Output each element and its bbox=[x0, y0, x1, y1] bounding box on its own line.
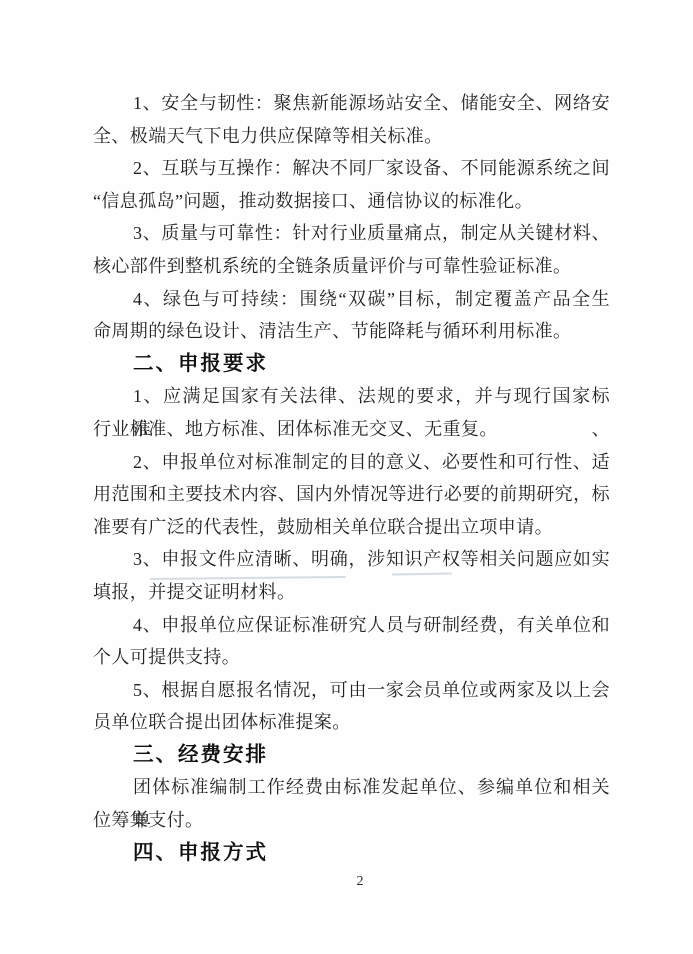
section-heading: 四、申报方式 bbox=[93, 837, 610, 870]
text-line: 核心部件到整机系统的全链条质量评价与可靠性验证标准。 bbox=[93, 250, 610, 283]
document-text-block: 1、安全与韧性：聚焦新能源场站安全、储能安全、网络安全、极端天气下电力供应保障等… bbox=[93, 87, 610, 869]
text-line: 用范围和主要技术内容、国内外情况等进行必要的前期研究，标 bbox=[93, 478, 610, 511]
text-line: 员单位联合提出团体标准提案。 bbox=[93, 706, 610, 739]
text-line: 全、极端天气下电力供应保障等相关标准。 bbox=[93, 120, 610, 153]
page-number: 2 bbox=[350, 874, 370, 890]
text-line: 1、应满足国家有关法律、法规的要求，并与现行国家标准、 bbox=[93, 380, 610, 413]
section-heading: 二、申报要求 bbox=[93, 348, 610, 381]
text-line: 填报，并提交证明材料。 bbox=[93, 576, 610, 609]
text-line: 1、安全与韧性：聚焦新能源场站安全、储能安全、网络安 bbox=[93, 87, 610, 120]
text-line: 5、根据自愿报名情况，可由一家会员单位或两家及以上会 bbox=[93, 674, 610, 707]
text-line: 3、申报文件应清晰、明确，涉知识产权等相关问题应如实 bbox=[93, 543, 610, 576]
text-line: 个人可提供支持。 bbox=[93, 641, 610, 674]
text-line: 团体标准编制工作经费由标准发起单位、参编单位和相关单 bbox=[93, 771, 610, 804]
text-line: 2、互联与互操作：解决不同厂家设备、不同能源系统之间 bbox=[93, 152, 610, 185]
document-page: 1、安全与韧性：聚焦新能源场站安全、储能安全、网络安全、极端天气下电力供应保障等… bbox=[0, 0, 693, 954]
text-line: 位筹集支付。 bbox=[93, 804, 610, 837]
text-line: 命周期的绿色设计、清洁生产、节能降耗与循环利用标准。 bbox=[93, 315, 610, 348]
text-line: 准要有广泛的代表性，鼓励相关单位联合提出立项申请。 bbox=[93, 511, 610, 544]
text-line: 4、绿色与可持续：围绕“双碳”目标，制定覆盖产品全生 bbox=[93, 283, 610, 316]
text-line: 4、申报单位应保证标准研究人员与研制经费，有关单位和 bbox=[93, 609, 610, 642]
text-line: 3、质量与可靠性：针对行业质量痛点，制定从关键材料、 bbox=[93, 217, 610, 250]
text-line: 2、申报单位对标准制定的目的意义、必要性和可行性、适 bbox=[93, 446, 610, 479]
text-line: “信息孤岛”问题，推动数据接口、通信协议的标准化。 bbox=[93, 185, 610, 218]
section-heading: 三、经费安排 bbox=[93, 739, 610, 772]
